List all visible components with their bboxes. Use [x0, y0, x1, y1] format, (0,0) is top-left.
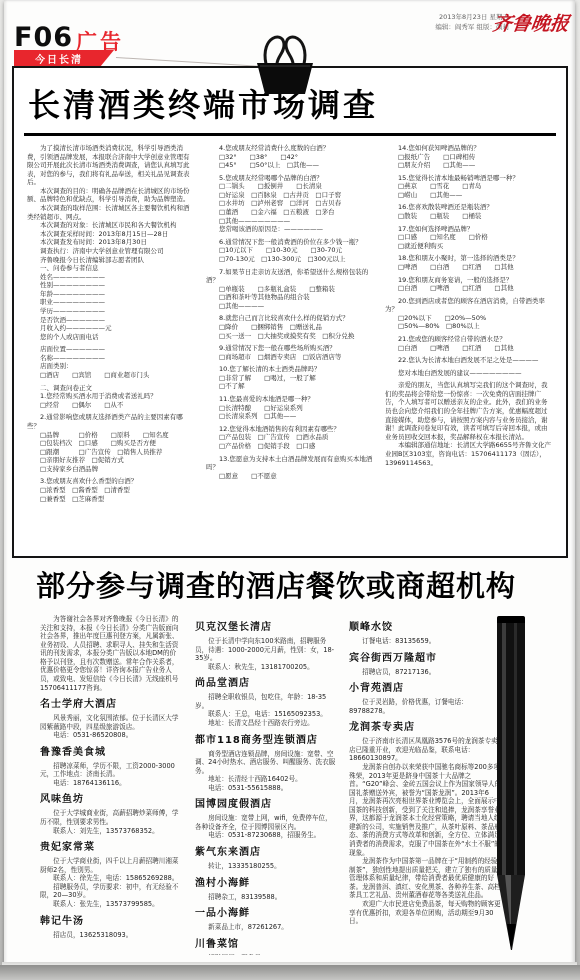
survey-line: 本次调查的目的：明确各品牌酒在长清城区的市场份额、品牌特色和优缺点，科学引导消费… — [27, 187, 195, 204]
directory-entry: 宾谷街西万隆超市 招聘店员，87217136。 — [349, 652, 502, 677]
survey-line: □浓香型 □酱香型 □清香型 — [27, 486, 195, 495]
survey-line: 为了摸清长清市场酒类消费状况，科学引导酒类消费，引领酒品牌发展，本报联合济南中大… — [27, 144, 195, 187]
survey-line: □白酒 □啤酒 □红酒 □其他 — [385, 344, 553, 353]
desk-shadow — [0, 965, 580, 980]
survey-line: 店面位置—————— — [27, 345, 195, 354]
entry-heading: 韩记牛汤 — [40, 915, 182, 928]
survey-line: 17.您如何选择啤酒品牌？ — [385, 225, 553, 234]
survey-line: □45° □50°以上 □其他—— — [206, 161, 374, 170]
survey-line: 本次调查发布时间：2013年8月30日 — [27, 238, 195, 247]
entry-heading: 鲁豫香美食城 — [40, 746, 182, 759]
directory-column-1: 为答谢社会各界对齐鲁晚报《今日长清》的关注和支持，本报《今日长清》分类广告版面向… — [40, 615, 182, 955]
survey-line: □70-130元 □130-300元 □300元以上 — [206, 255, 374, 264]
entry-heading: 贝克汉堡长清店 — [195, 621, 336, 634]
survey-line: 11.您最喜爱的本地酒是哪一种？ — [206, 395, 374, 404]
entry-paragraph: 电话：0531-87230688，招服务生。 — [195, 831, 336, 840]
survey-line: □报纸广告 □口碑相传 — [385, 153, 553, 162]
survey-line: □朋友介绍 □其他—— — [385, 161, 553, 170]
survey-column-3: 14.您如何获知啤酒品牌的？ □报纸广告 □口碑相传 □朋友介绍 □其他—— 1… — [385, 144, 553, 550]
survey-line: □崂山 □其他—— — [385, 191, 553, 200]
survey-line: □支持家乡白酒品牌 — [27, 465, 195, 474]
survey-line: 是否饮酒—————— — [27, 316, 195, 325]
survey-line: 10.您了解长清的本土酒类品牌吗？ — [206, 365, 374, 374]
entry-paragraph: 联系人：刘先生，13573768352。 — [40, 827, 182, 836]
directory-entry: 都市118商务型连锁酒店 商务型酒店连锁品牌，房间设施：宽带、空调、24小时热水… — [195, 734, 336, 793]
survey-line: □降价 □捆绑销售 □赠送礼品 — [206, 323, 374, 332]
survey-line: 您常喝该酒的原因是：—————— — [206, 225, 374, 234]
survey-line: □不了解 — [206, 382, 374, 391]
entry-heading: 一品小海鲜 — [195, 907, 336, 920]
survey-column-2: 4.您或朋友经常消费什么度数的白酒？ □32° □38° □42° □45° □… — [206, 144, 374, 550]
survey-line: 21.您或您的顾客经常自带的酒水是？ — [385, 335, 553, 344]
survey-line: 本次调查的对象：长清城区市民和各大餐饮机构 — [27, 221, 195, 230]
ribbon-today-changqing: 今日长清 — [14, 50, 114, 67]
entry-paragraph: 地址：长清经十西路16402号。 — [195, 775, 336, 784]
directory-entry: 紫气东来酒店 转让，13335180255。 — [195, 846, 336, 871]
entry-paragraph: 联系人：王总，电话：15165092353。 — [195, 710, 336, 719]
entry-heading: 渔村小海鲜 — [195, 877, 336, 890]
entry-paragraph: 位于大学商业街，四千以上月薪招聘川湘菜厨师2名，性别男。 — [40, 857, 182, 874]
survey-line: □包装档次 □口感 □购买是否方便 — [27, 439, 195, 448]
survey-line: 9.通常情况下您一般在哪些场所购买酒？ — [206, 344, 374, 353]
survey-line: □50%—80% □80%以上 — [385, 322, 553, 331]
survey-line: □产品价格 □促销手段 □口感 — [206, 442, 374, 451]
survey-line: □长清泉系列 □其他—— — [206, 412, 374, 421]
entry-paragraph: 电话：0531-55615888。 — [195, 784, 336, 793]
entry-paragraph: 为答谢社会各界对齐鲁晚报《今日长清》的关注和支持，本报《今日长清》分类广告版面向… — [40, 615, 182, 692]
survey-line: □单瓶装 □多瓶礼盒装 □整箱装 — [206, 285, 374, 294]
directory-entry: 名士学府大酒店 风景秀丽，文化氛围浓郁。位于长清区大学园紫薇路中段，四星级旅游饭… — [40, 698, 182, 740]
survey-line: 月收入约——————元 — [27, 324, 195, 333]
directory-entry: 小背苑酒店 位于灵岩路，价格优惠，订餐电话：89788278。 — [349, 682, 502, 715]
binder-clip-icon — [249, 24, 321, 96]
survey-line: 本编辑部通信地址：长清区大学路6655号齐鲁文化产业园B区3103室，咨询电话：… — [385, 441, 553, 467]
survey-line: 店面类别： — [27, 362, 195, 371]
survey-line: □董酒 □金六福 □五粮液 □茅台 — [206, 208, 374, 217]
entry-heading: 都市118商务型连锁酒店 — [195, 734, 336, 747]
survey-line: 姓名———————— — [27, 273, 195, 282]
directory-entry: 顺峰水饺 订餐电话：83135659。 — [349, 621, 502, 646]
survey-line: 齐鲁晚报今日长清编辑部志愿者团队 — [27, 256, 195, 265]
survey-line: 3.您或朋友喜欢什么香型的白酒？ — [27, 477, 195, 486]
survey-column-1: 为了摸清长清市场酒类消费状况，科学引导酒类消费，引领酒品牌发展，本报联合济南中大… — [27, 144, 195, 550]
survey-line: □白酒 □啤酒 □红酒 □其他 — [385, 284, 553, 293]
survey-line: □品牌 □价格 □原料 □知名度 — [27, 431, 195, 440]
entry-paragraph: 招聘店员，87217136。 — [349, 668, 502, 677]
page-code: F06 — [14, 22, 73, 53]
survey-line: □32° □38° □42° — [206, 153, 374, 162]
survey-line: 二、调查问卷正文 — [27, 384, 195, 393]
directory-entry: 风味鱼坊 位于大学城商业街，高薪招聘炒菜师傅，学历不限，性别要求男性。 联系人：… — [40, 793, 182, 835]
survey-line: 学历———————— — [27, 307, 195, 316]
survey-line: 7.如果节日走亲访友送酒，你希望送什么规格包装的酒？ — [206, 268, 374, 285]
entry-heading: 名士学府大酒店 — [40, 698, 182, 711]
entry-paragraph: 地址：长清文昌经十西路农行旁边。 — [195, 719, 336, 728]
directory-title: 部分参与调查的酒店餐饮或商超机构 — [36, 564, 567, 605]
directory-entry: 鲁豫香美食城 招聘凉菜师，学历不限，工资2000-3000元，工作地点：济南长清… — [40, 746, 182, 788]
newspaper-page: F06 广告 今日长清 2013年8月23日 星期五 编辑：阎秀军 组版：颜莉 … — [4, 0, 575, 965]
directory-entry: 一品小海鲜 新菜品上市，87261267。 — [195, 907, 336, 932]
entry-paragraph: 联系人：张先生，13573799585。 — [40, 900, 182, 909]
entry-paragraph: 招聘杂工，83139588。 — [195, 893, 336, 902]
entry-paragraph: 联系人：徐先生，电话：15865269288。 — [40, 874, 182, 883]
survey-line: □水井坊 □泸州老窖 □洋河 □古贝春 — [206, 199, 374, 208]
entry-paragraph: 招聘凉菜师，学历不限，工资2000-3000元，工作地点：济南长清。 — [40, 762, 182, 779]
entry-heading: 小背苑酒店 — [349, 682, 502, 695]
survey-line: □其他———————— — [206, 217, 374, 226]
survey-line: □酒店 □宾馆 □商业超市门头 — [27, 371, 195, 380]
entry-heading: 川鲁菜馆 — [195, 938, 336, 951]
survey-line: 调查执行：济南中大学创意业管理有限公司 — [27, 247, 195, 256]
directory-entry: 贝克汉堡长清店 位于长清中学向东100米路南，招聘服务员，待遇：1000-200… — [195, 621, 336, 671]
survey-line: □长清特酿 □好运泉系列 — [206, 404, 374, 413]
entry-paragraph: 位于大学城商业街，高薪招聘炒菜师傅，学历不限，性别要求男性。 — [40, 809, 182, 826]
entry-paragraph: 电话：0531-86520808。 — [40, 731, 182, 740]
entry-heading: 风味鱼坊 — [40, 793, 182, 806]
directory-column-3: 顺峰水饺 订餐电话：83135659。宾谷街西万隆超市 招聘店员，8721713… — [349, 615, 502, 955]
survey-line: □啤酒 □白酒 □红酒 □其他 — [385, 263, 553, 272]
survey-title-rule — [24, 133, 556, 136]
survey-line: 16.您喜欢散装啤酒还是瓶装酒？ — [385, 203, 553, 212]
masthead-logo: 齐鲁晚报 — [491, 9, 571, 36]
survey-line: 20.您到酒店或者您的顾客在酒店消费，自带酒类率为？ — [385, 297, 553, 314]
entry-paragraph: 电话：18764136116。 — [40, 779, 182, 788]
survey-line: □散装 □瓶装 □桶装 — [385, 212, 553, 221]
entry-paragraph: 房间设施：宽带上网，wifi，免费停车位，各种设备齐全，位于园博园景区内。 — [195, 814, 336, 831]
entry-paragraph: 欢迎广大市民进店免费品茶，每天购物的顾客更享有优惠折扣，欢迎各单位团购，活动期至… — [349, 900, 502, 926]
survey-line: 22.您认为长清本地白酒发展不足之处是———— — [385, 356, 553, 365]
survey-line: 8.就您自己而言比较喜欢什么样的促销方式？ — [206, 314, 374, 323]
entry-heading: 尚品堂酒店 — [195, 677, 336, 690]
survey-line: 13.您愿意为支持本土白酒品牌发展而有意购买本地酒吗？ — [206, 455, 374, 472]
directory-entry: 韩记牛汤 招店员，13625318093。 — [40, 915, 182, 940]
survey-line: 2.通常影响您或朋友选择酒类产品的主要因素有哪些？ — [27, 413, 195, 430]
survey-line: □兼香型 □芝麻香型 — [27, 495, 195, 504]
entry-paragraph: 商务型酒店连锁品牌，房间设施：宽带、空调、24小时热水、酒店服务、叫醒服务、洗衣… — [195, 750, 336, 776]
survey-line: □就近便利购买 — [385, 242, 553, 251]
pencil-icon — [482, 612, 544, 962]
survey-line: □亲朋好友推荐 □促销方式 — [27, 456, 195, 465]
survey-line: □买一送一 □大抽奖或摸奖有奖 □积分兑换 — [206, 332, 374, 341]
survey-line: 一、问卷参与者信息 — [27, 264, 195, 273]
survey-line: □跟潮 □广告宣传 □销售人员推荐 — [27, 448, 195, 457]
survey-line: 1.您经常购买酒水用于消费或者送礼吗？ — [27, 392, 195, 401]
directory-entry: 国博园度假酒店 房间设施：宽带上网，wifi，免费停车位，各种设备齐全，位于园博… — [195, 798, 336, 840]
directory-entry: 川鲁菜馆 招聘厨师、服务员，87226869。 — [195, 938, 336, 955]
survey-line: 14.您如何获知啤酒品牌的？ — [385, 144, 553, 153]
survey-line: 您对本地白酒发展的建议———————— — [385, 369, 553, 378]
entry-heading: 宾谷街西万隆超市 — [349, 652, 502, 665]
entry-heading: 紫气东来酒店 — [195, 846, 336, 859]
entry-paragraph: 位于济南市长清区凤凰路3576号的龙润茶专卖店已隆重开业，欢迎光临品鉴，联系电话… — [349, 737, 502, 763]
entry-paragraph: 招聘服务员，学历要求：初中，有无经验不限，20—30岁。 — [40, 883, 182, 900]
survey-line: □经常 □偶尔 □从不 — [27, 401, 195, 410]
entry-paragraph: 新菜品上市，87261267。 — [195, 923, 336, 932]
entry-paragraph: 位于长清中学向东100米路南，招聘服务员，待遇：1000-2000元月薪，性别：… — [195, 637, 336, 663]
entry-heading: 顺峰水饺 — [349, 621, 502, 634]
entry-heading: 贵妃家常菜 — [40, 841, 182, 854]
survey-line: □口感 □知名度 □价格 — [385, 233, 553, 242]
survey-line: 本次调查的取样范围：长清城区各主要餐饮机构和酒类经销超市、网点。 — [27, 204, 195, 221]
ribbon-label: 今日长清 — [35, 51, 93, 66]
survey-line: 您的个人或店面电话 — [27, 333, 195, 342]
entry-paragraph: 联系人：秋先生，13181700205。 — [195, 663, 336, 672]
entry-paragraph: 招聘全职收银员，包吃住，年龄：18-35岁。 — [195, 693, 336, 710]
directory-entry: 贵妃家常菜 位于大学商业街，四千以上月薪招聘川湘菜厨师2名，性别男。 联系人：徐… — [40, 841, 182, 908]
survey-line: □产品包装 □广告宣传 □酒水品质 — [206, 433, 374, 442]
entry-paragraph: 位于灵岩路，价格优惠，订餐电话：89788278。 — [349, 698, 502, 715]
survey-line: □10元以下 □10-30元 □30-70元 — [206, 246, 374, 255]
survey-line: 职业———————— — [27, 298, 195, 307]
entry-paragraph: 转让，13335180255。 — [195, 862, 336, 871]
directory-entry: 尚品堂酒店 招聘全职收银员，包吃住，年龄：18-35岁。 联系人：王总，电话：1… — [195, 677, 336, 727]
survey-line: 亲爱的朋友，当您认真填写完我们的这个调查时，我们的奖品将会带给您一份惊喜：一次免… — [385, 381, 553, 441]
entry-paragraph: 招聘厨师、服务员，87226869。 — [195, 954, 336, 955]
directory-entry: 渔村小海鲜 招聘杂工，83139588。 — [195, 877, 336, 902]
entry-paragraph: 龙润茶自创办以来荣获中国驰名商标等200多项殊荣，2013年更是跻身中国茶十大品… — [349, 763, 502, 857]
survey-line: 18.您和朋友小聚时，第一选择的酒类是？ — [385, 254, 553, 263]
survey-line: 19.您和朋友商务宴请，一般的选择是？ — [385, 276, 553, 285]
survey-columns: 为了摸清长清市场酒类消费状况，科学引导酒类消费，引领酒品牌发展，本报联合济南中大… — [14, 142, 566, 552]
survey-line: □酒和茶叶等其他物品的组合装 — [206, 293, 374, 302]
survey-line: 性别———————— — [27, 281, 195, 290]
survey-line: □二锅头 □扳倒井 □长清泉 — [206, 182, 374, 191]
entry-paragraph: 订餐电话：83135659。 — [349, 637, 502, 646]
directory-column-2: 贝克汉堡长清店 位于长清中学向东100米路南，招聘服务员，待遇：1000-200… — [195, 615, 336, 955]
survey-line: □燕京 □雪花 □青岛 — [385, 182, 553, 191]
survey-line: □其他———— — [206, 302, 374, 311]
entry-paragraph: 招店员，13625318093。 — [40, 931, 182, 940]
survey-line: □愿意 □不愿意 — [206, 472, 374, 481]
directory-entry: 龙润茶专卖店 位于济南市长清区凤凰路3576号的龙润茶专卖店已隆重开业，欢迎光临… — [349, 721, 502, 925]
survey-line: □商场超市 □烟酒专卖店 □饭店酒店等 — [206, 353, 374, 362]
directory-entry: 为答谢社会各界对齐鲁晚报《今日长清》的关注和支持，本报《今日长清》分类广告版面向… — [40, 615, 182, 692]
survey-line: 4.您或朋友经常消费什么度数的白酒？ — [206, 144, 374, 153]
survey-box: 长清酒类终端市场调查 为了摸清长清市场酒类消费状况，科学引导酒类消费，引领酒品牌… — [12, 66, 568, 558]
entry-heading: 国博园度假酒店 — [195, 798, 336, 811]
entry-paragraph: 风景秀丽，文化氛围浓郁。位于长清区大学园紫薇路中段，四星级旅游饭店。 — [40, 714, 182, 731]
entry-paragraph: 龙润茶作为中国茶第一品牌在于“用制药的经验制茶”，独创性地提出质量把关，建立了独… — [349, 857, 502, 900]
entry-heading: 龙润茶专卖店 — [349, 721, 502, 734]
